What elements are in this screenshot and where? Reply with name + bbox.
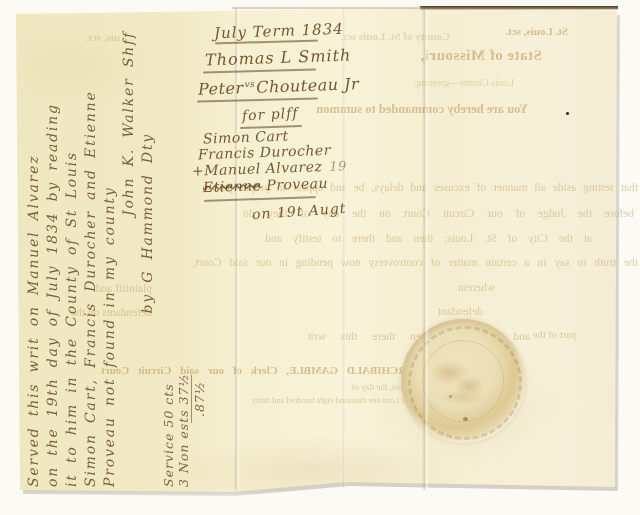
fee-total-value: .87½ [191, 375, 207, 423]
deputy-signature: by G Hammond Dty [139, 25, 158, 487]
fee-line: 3 Non ests 37½ [176, 25, 191, 487]
witness-3-note: 19 [329, 159, 347, 175]
return-line: Simon Cart, Francis Durocher and Etienne [82, 25, 101, 487]
defendant-last: Chouteau Jr [256, 74, 359, 97]
fee-line-total: .87½ [191, 25, 207, 487]
for-plaintiff-note: for plff [242, 106, 299, 125]
ink-speck [566, 112, 569, 115]
court-seal [401, 319, 525, 443]
fee-block: Service 50 cts 3 Non ests 37½ .87½ [161, 25, 207, 487]
paper-top-edge [420, 6, 618, 10]
return-line: Proveau not found in my county [101, 25, 120, 487]
vs-mark: vs [244, 79, 255, 89]
service-return-note: Served this writ on Manuel Alvarez on th… [25, 25, 207, 487]
scanned-document-page: St. Louis, sct. County of St. Louis sct.… [0, 0, 640, 515]
return-line: Served this writ on Manuel Alvarez [25, 25, 44, 487]
seal-speck [463, 417, 468, 421]
witness-4-struck-word: Etienne [203, 178, 262, 196]
paper-top-edge [232, 7, 422, 9]
witness-4-rest: Proveau [266, 176, 328, 194]
return-line: on the 19th day of July 1834 by reading [44, 25, 63, 487]
seal-speck [449, 395, 452, 398]
sheriff-signature: John K. Walker Shff [120, 25, 139, 487]
fold-crease [422, 8, 429, 490]
return-line: it to him in the County of St Louis [63, 25, 82, 487]
seal-emblem [431, 349, 493, 411]
fee-line: Service 50 cts [161, 25, 176, 487]
